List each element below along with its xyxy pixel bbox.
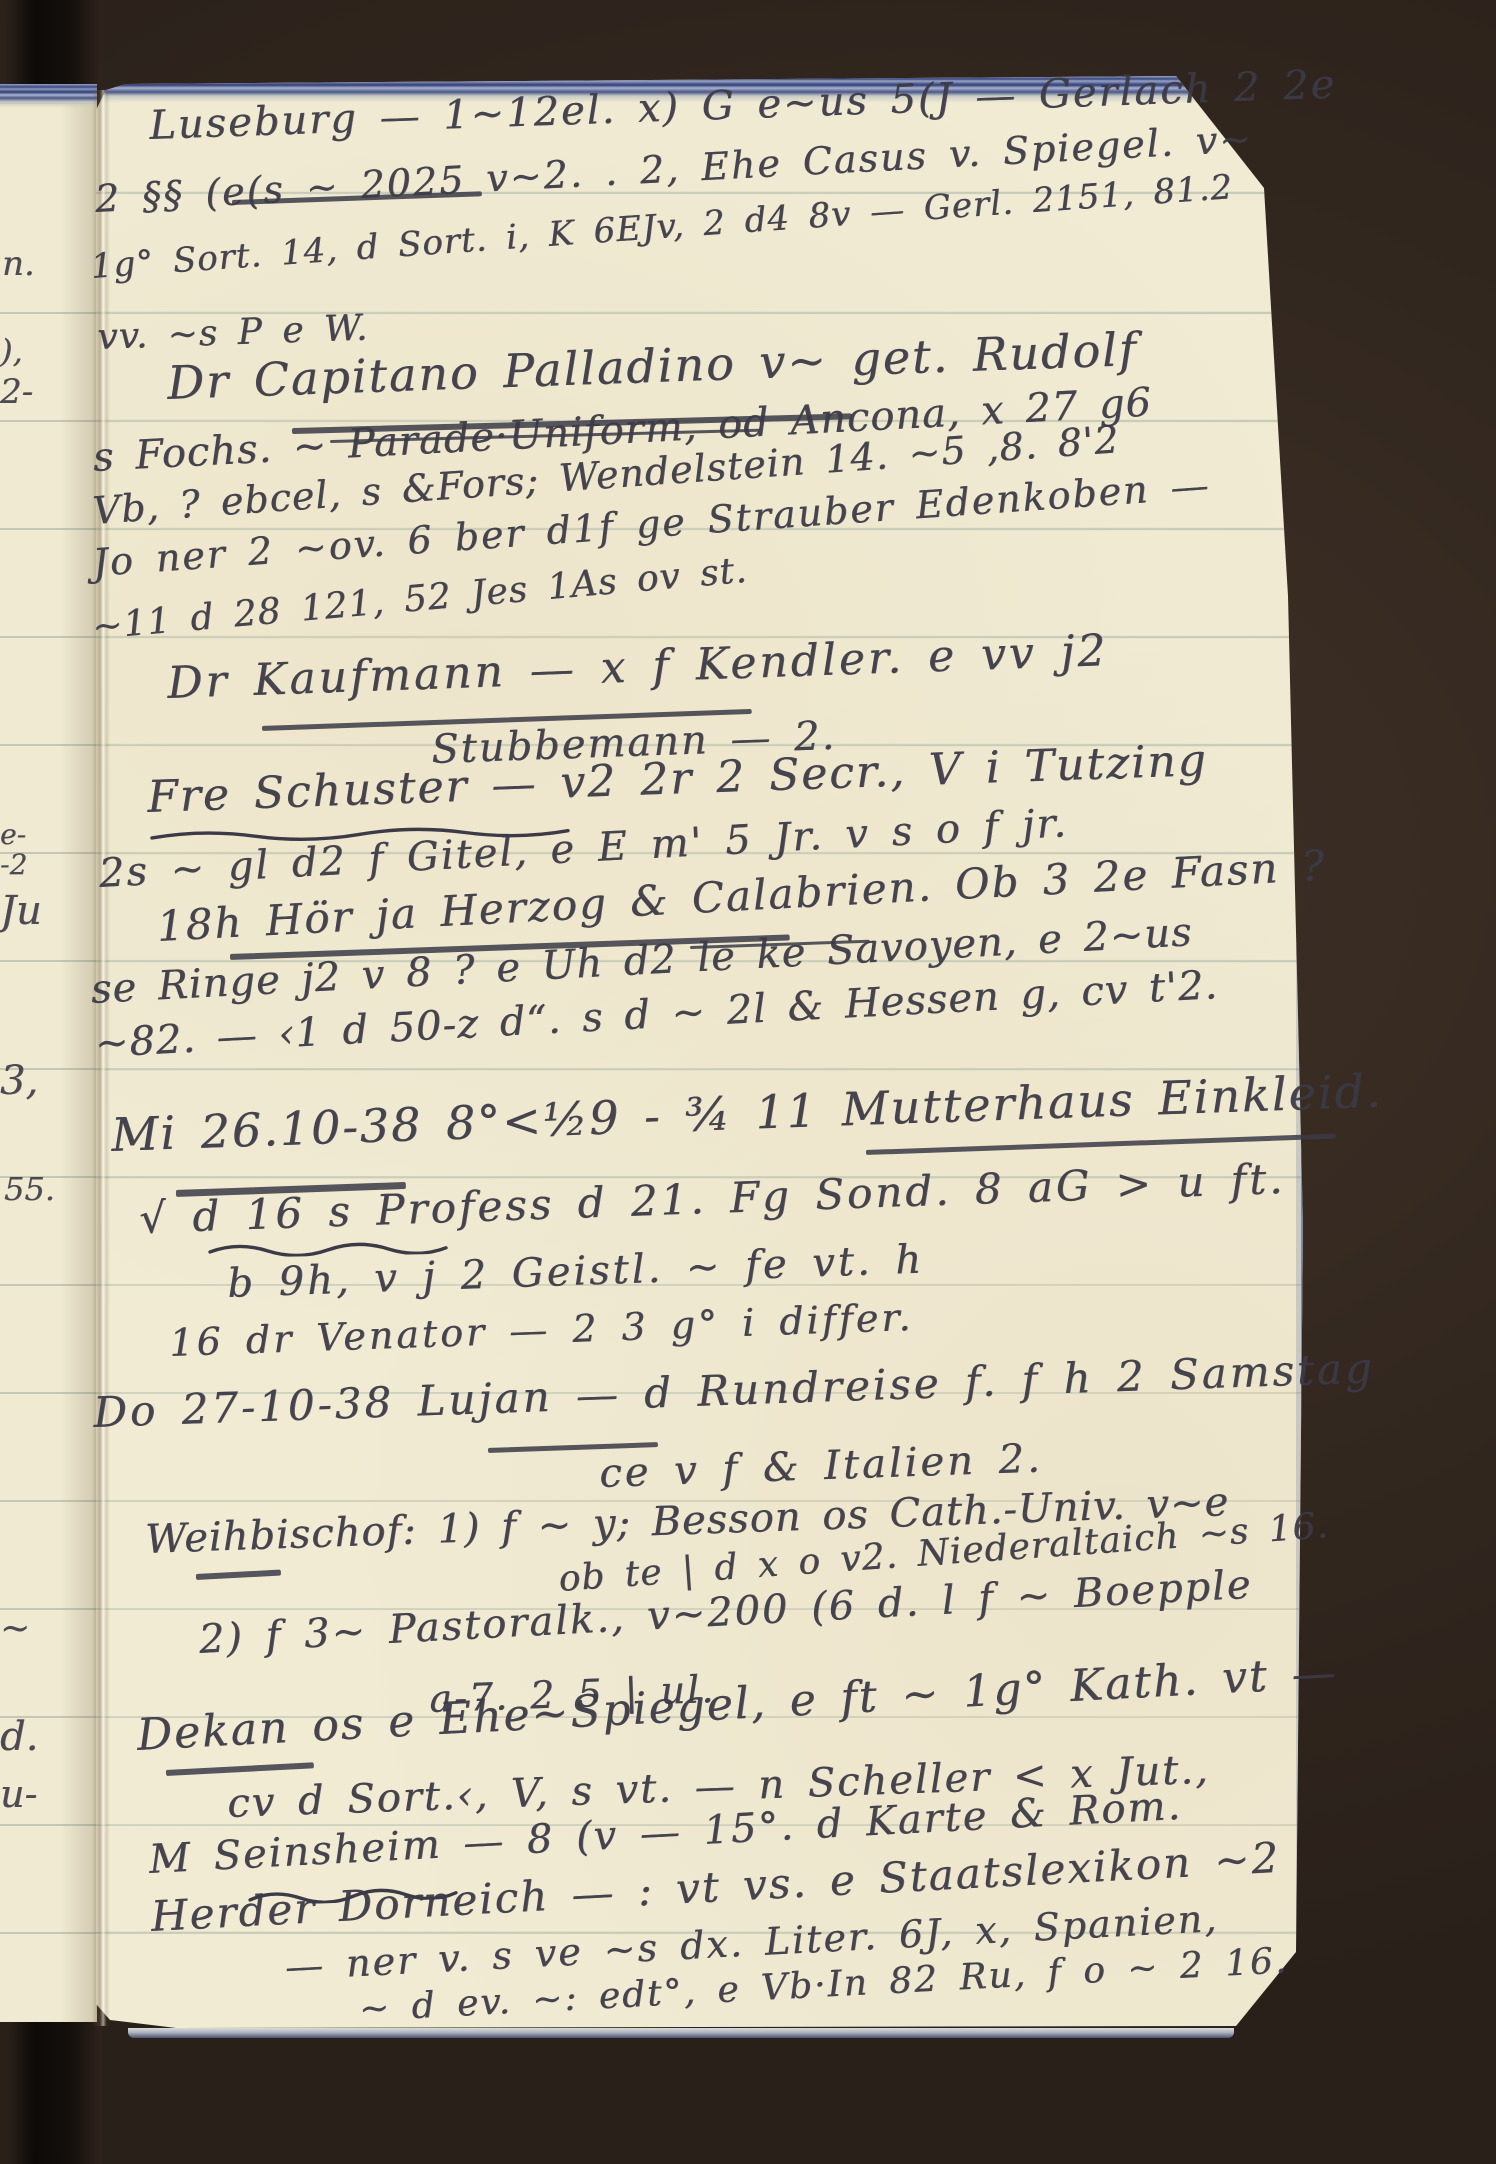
margin-handwriting-fragment: ~	[0, 1608, 30, 1649]
margin-handwriting-fragment: ),	[0, 332, 23, 370]
margin-handwriting-fragment: 2-	[0, 372, 33, 412]
margin-handwriting-fragment: Ju	[0, 888, 42, 934]
page-bottom-stack-edge	[128, 2028, 1234, 2038]
margin-handwriting-fragment: -2	[0, 848, 27, 881]
margin-handwriting-fragment: 3,	[0, 1058, 38, 1104]
margin-handwriting-fragment: u-	[0, 1772, 37, 1816]
handwriting-line: vv. ~s P e W.	[97, 311, 369, 356]
margin-handwriting-fragment: 55.	[4, 1170, 55, 1208]
margin-handwriting-fragment: e-	[0, 818, 26, 851]
margin-handwriting-fragment: d.	[0, 1714, 38, 1760]
margin-handwriting-fragment: n.	[2, 244, 35, 284]
desk-background: n.),2-e--2Ju3,55.~d.u- Luseburg — 1~12el…	[0, 0, 1496, 2164]
